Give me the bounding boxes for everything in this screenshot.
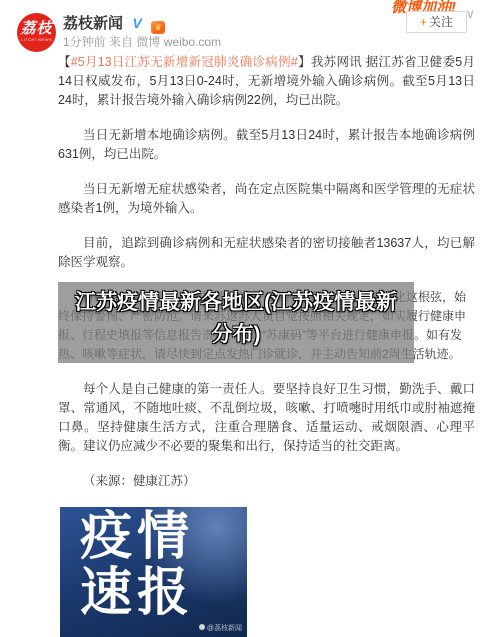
- bracket-close: 】: [298, 55, 311, 69]
- source-line: （来源：健康江苏）: [58, 472, 475, 491]
- post-time: 1分钟前: [63, 35, 106, 49]
- follow-button[interactable]: +关注: [406, 11, 467, 33]
- seo-overlay-banner: 江苏疫情最新各地区(江苏疫情最新 分布): [58, 282, 414, 363]
- source-label: 来自: [109, 35, 133, 49]
- user-line: 荔枝新闻 V ♛: [63, 12, 165, 34]
- image-title: 疫情 速报: [60, 507, 247, 621]
- bracket-open: 【: [58, 55, 71, 69]
- avatar-logo-subtext: LITCHI NEWS: [17, 37, 56, 43]
- overlay-title-line1: 江苏疫情最新各地区(江苏疫情最新: [58, 287, 414, 319]
- overlay-title-line2: 分布): [58, 319, 414, 351]
- source-link[interactable]: 微博 weibo.com: [136, 35, 221, 49]
- topic-hashtag-link[interactable]: #5月13日江苏无新增新冠肺炎确诊病例#: [71, 55, 298, 69]
- watermark-text: @荔枝新闻: [207, 625, 242, 632]
- avatar-logo-text: 荔枝: [17, 20, 56, 37]
- avatar[interactable]: 荔枝 LITCHI NEWS: [17, 13, 56, 52]
- weibo-post-card: 荔枝 LITCHI NEWS 荔枝新闻 V ♛ 1分钟前 来自 微博 weibo…: [0, 0, 480, 637]
- paragraph-1: 【#5月13日江苏无新增新冠肺炎确诊病例#】我苏网讯 据江苏省卫健委5月14日权…: [58, 53, 475, 110]
- post-meta: 1分钟前 来自 微博 weibo.com: [63, 33, 221, 50]
- username-link[interactable]: 荔枝新闻: [63, 15, 123, 32]
- paragraph-5: 目前国外疫情仍在蔓延扩散，请大家继续绷紧疫情防控常态化这根弦，始 终保持警惕、严…: [58, 288, 475, 364]
- paragraph-4: 目前，追踪到确诊病例和无症状感染者的密切接触者13637人，均已解除医学观察。: [58, 234, 475, 272]
- image-title-line2: 速报: [80, 565, 247, 621]
- verified-v-icon: V: [132, 15, 141, 31]
- paragraph-2: 当日无新增本地确诊病例。截至5月13日24时，累计报告本地确诊病例631例，均已…: [58, 126, 475, 164]
- image-title-line1: 疫情: [80, 509, 247, 565]
- follow-label: 关注: [429, 15, 453, 29]
- weibo-logo-icon: [199, 624, 205, 630]
- image-watermark: @荔枝新闻: [199, 623, 242, 633]
- post-content: 【#5月13日江苏无新增新冠肺炎确诊病例#】我苏网讯 据江苏省卫健委5月14日权…: [58, 53, 475, 637]
- paragraph-6: 每个人是自己健康的第一责任人。要坚持良好卫生习惯，勤洗手、戴口罩、常通风，不随地…: [58, 380, 475, 456]
- plus-icon: +: [420, 15, 427, 29]
- post-header: 荔枝 LITCHI NEWS 荔枝新闻 V ♛ 1分钟前 来自 微博 weibo…: [0, 0, 480, 53]
- epidemic-flash-report-image[interactable]: 疫情 速报 @荔枝新闻: [60, 507, 247, 637]
- chevron-down-icon[interactable]: ∨: [465, 6, 475, 22]
- paragraph-3: 当日无新增无症状感染者，尚在定点医院集中隔离和医学管理的无症状感染者1例，为境外…: [58, 180, 475, 218]
